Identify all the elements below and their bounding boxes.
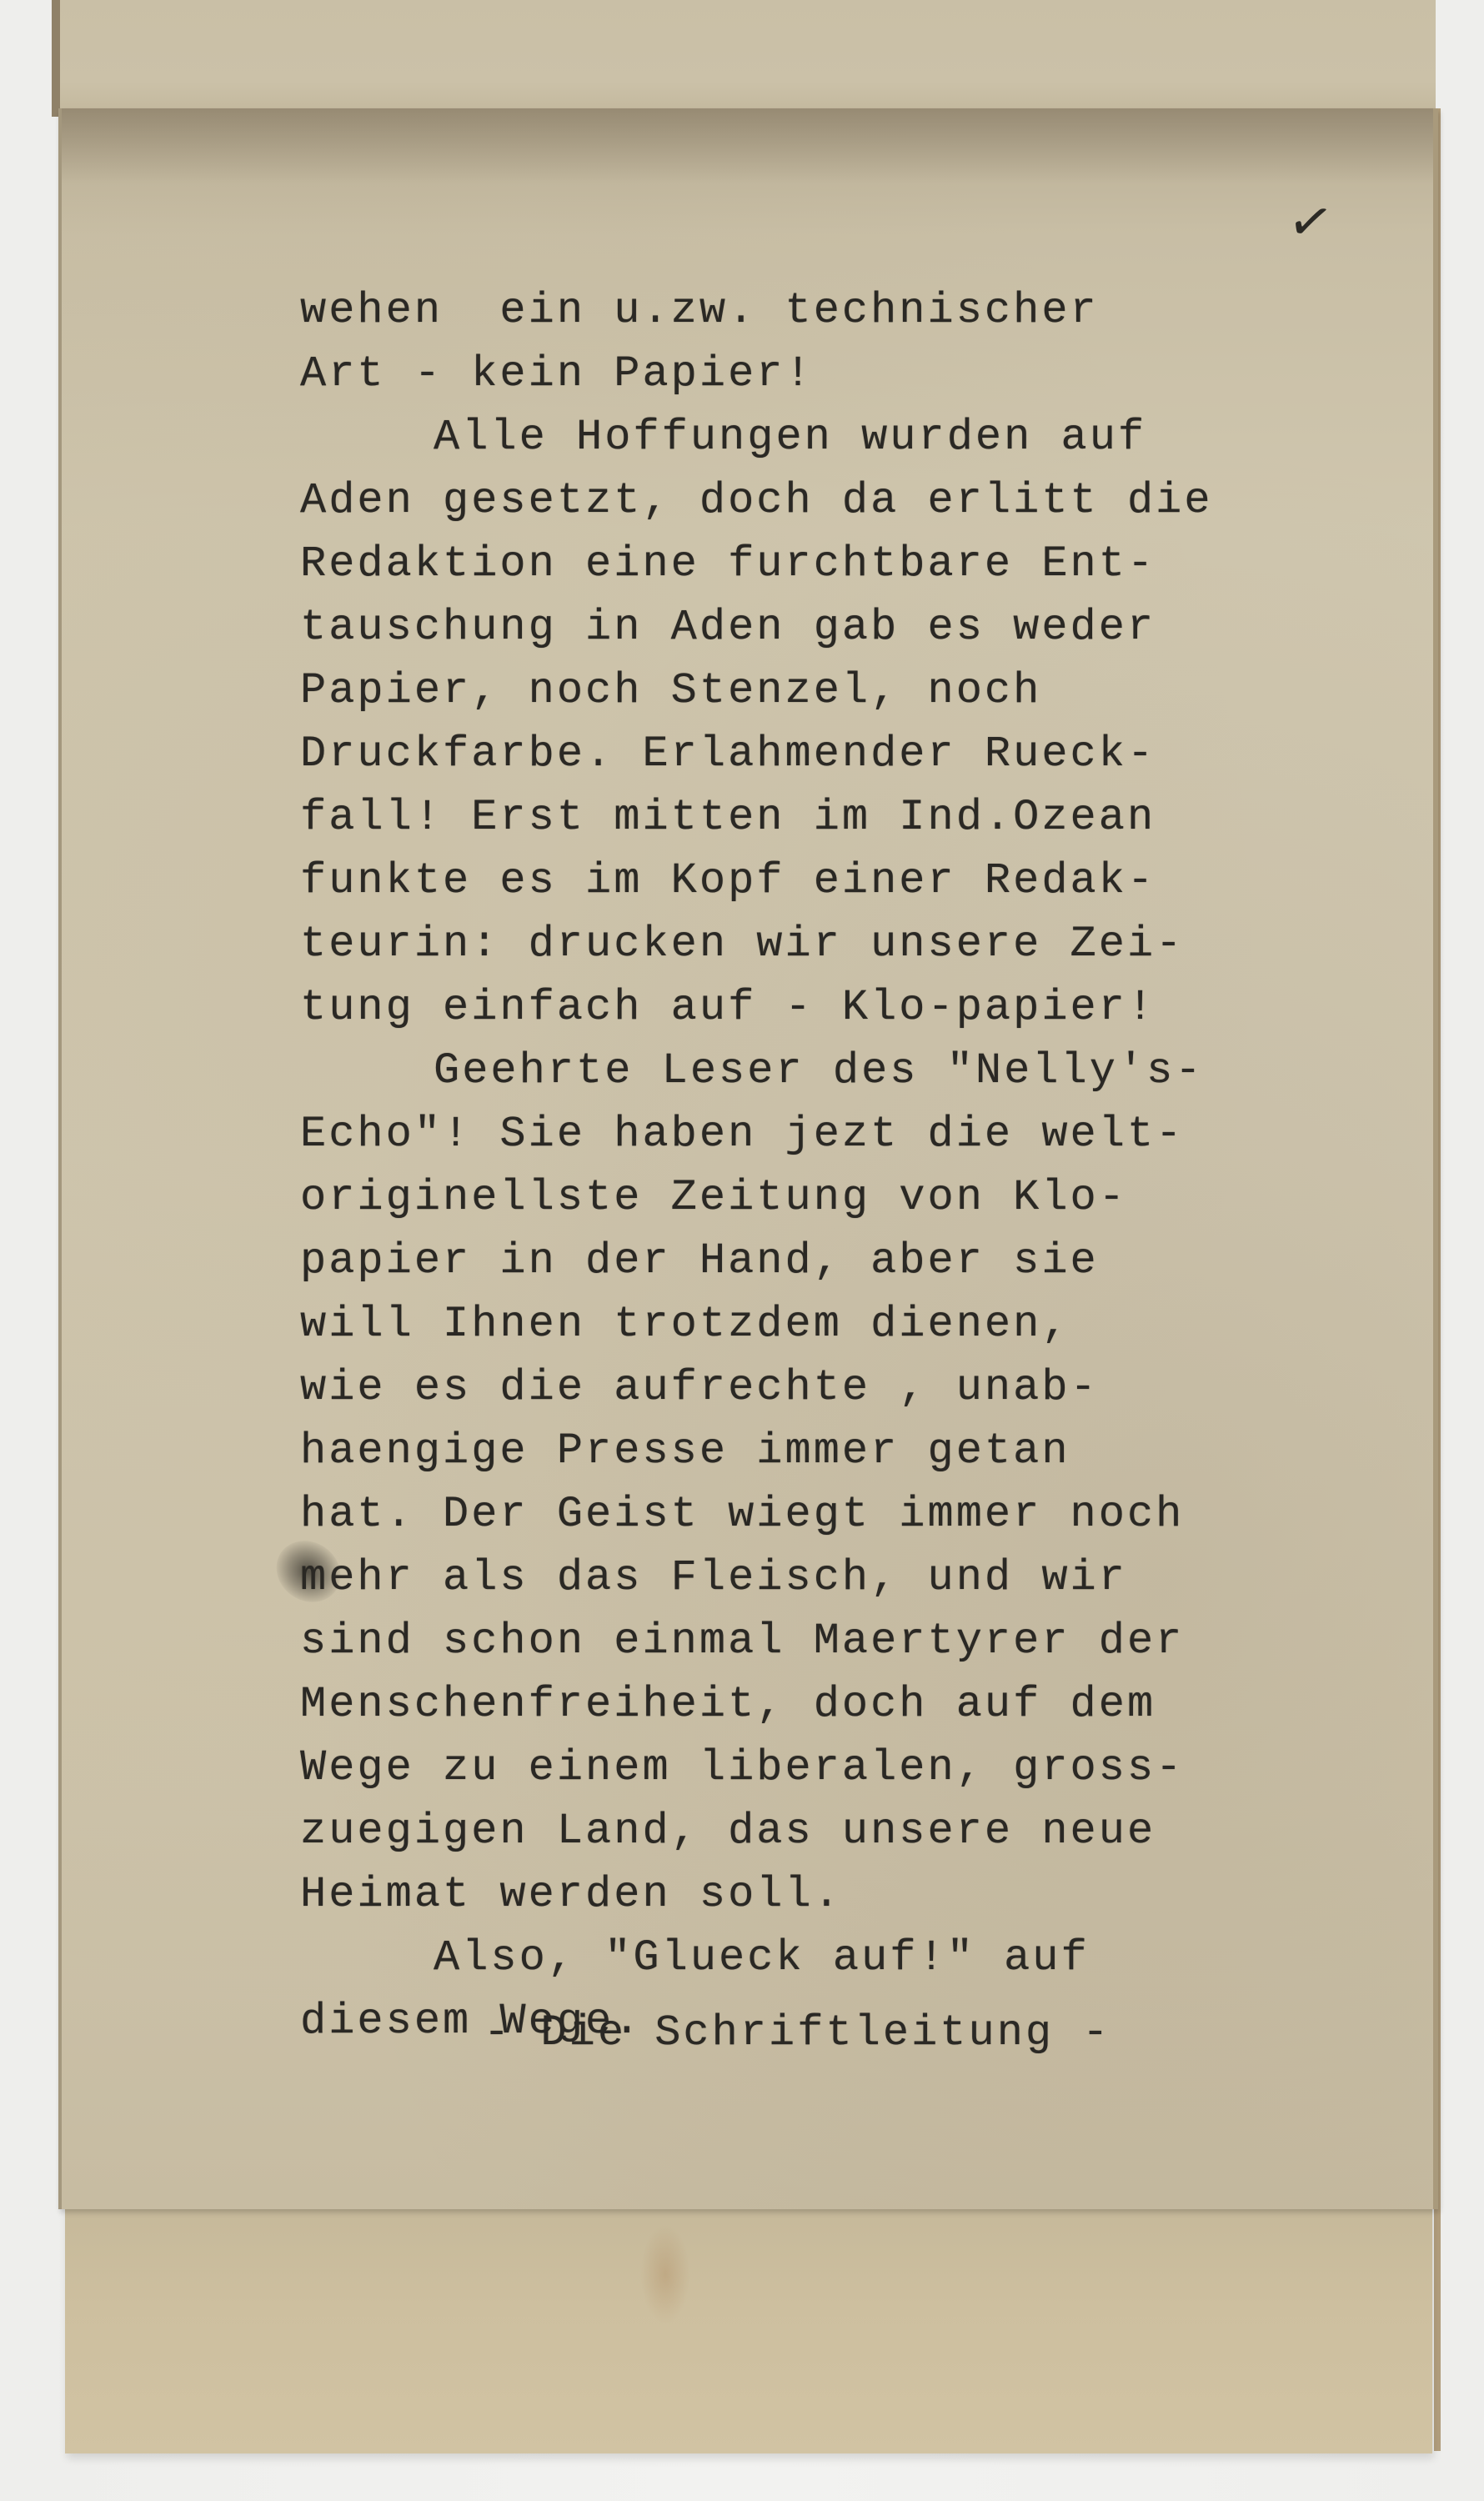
text-line: Papier, noch Stenzel, noch bbox=[300, 659, 1384, 723]
text-line: Aden gesetzt, doch da erlitt die bbox=[300, 469, 1384, 533]
paragraph-start-line: Geehrte Leser des "Nelly's- bbox=[300, 1040, 1384, 1103]
text-line: hat. Der Geist wiegt immer noch bbox=[300, 1483, 1384, 1546]
text-line: teurin: drucken wir unsere Zei- bbox=[300, 913, 1384, 976]
typed-text-block: wehen ein u.zw. technischer Art - kein P… bbox=[300, 279, 1384, 2053]
check-mark-icon: ✓ bbox=[1284, 193, 1337, 253]
text-line: tung einfach auf - Klo-papier! bbox=[300, 976, 1384, 1040]
text-line: sind schon einmal Maertyrer der bbox=[300, 1610, 1384, 1673]
signature: - Die Schriftleitung - bbox=[484, 2002, 1111, 2065]
paragraph-start-line: Also, "Glueck auf!" auf bbox=[300, 1927, 1384, 1990]
text-line: wie es die aufrechte , unab- bbox=[300, 1356, 1384, 1420]
text-line: will Ihnen trotzdem dienen, bbox=[300, 1293, 1384, 1356]
text-line: Druckfarbe. Erlahmender Rueck- bbox=[300, 723, 1384, 786]
text-line: papier in der Hand, aber sie bbox=[300, 1230, 1384, 1293]
text-line: tauschung in Aden gab es weder bbox=[300, 596, 1384, 659]
text-line: Art - kein Papier! bbox=[300, 343, 1384, 406]
text-line: Heimat werden soll. bbox=[300, 1863, 1384, 1927]
closing-row: diesem Wege. - Die Schriftleitung - bbox=[300, 1990, 1384, 2053]
text-line: Redaktion eine furchtbare Ent- bbox=[300, 533, 1384, 596]
folded-top-page bbox=[52, 0, 1436, 117]
paragraph-start-line: Alle Hoffungen wurden auf bbox=[300, 406, 1384, 469]
text-line: Wege zu einem liberalen, gross- bbox=[300, 1737, 1384, 1800]
text-line: zuegigen Land, das unsere neue bbox=[300, 1800, 1384, 1863]
text-line: wehen ein u.zw. technischer bbox=[300, 279, 1384, 343]
text-line: fall! Erst mitten im Ind.Ozean bbox=[300, 786, 1384, 850]
text-line: originellste Zeitung von Klo- bbox=[300, 1166, 1384, 1230]
text-line: haengige Presse immer getan bbox=[300, 1420, 1384, 1483]
underlying-page bbox=[65, 2205, 1432, 2453]
text-line: Menschenfreiheit, doch auf dem bbox=[300, 1673, 1384, 1737]
text-line: funkte es im Kopf einer Redak- bbox=[300, 850, 1384, 913]
text-line: mehr als das Fleisch, und wir bbox=[300, 1546, 1384, 1610]
text-line: Echo"! Sie haben jezt die welt- bbox=[300, 1103, 1384, 1166]
